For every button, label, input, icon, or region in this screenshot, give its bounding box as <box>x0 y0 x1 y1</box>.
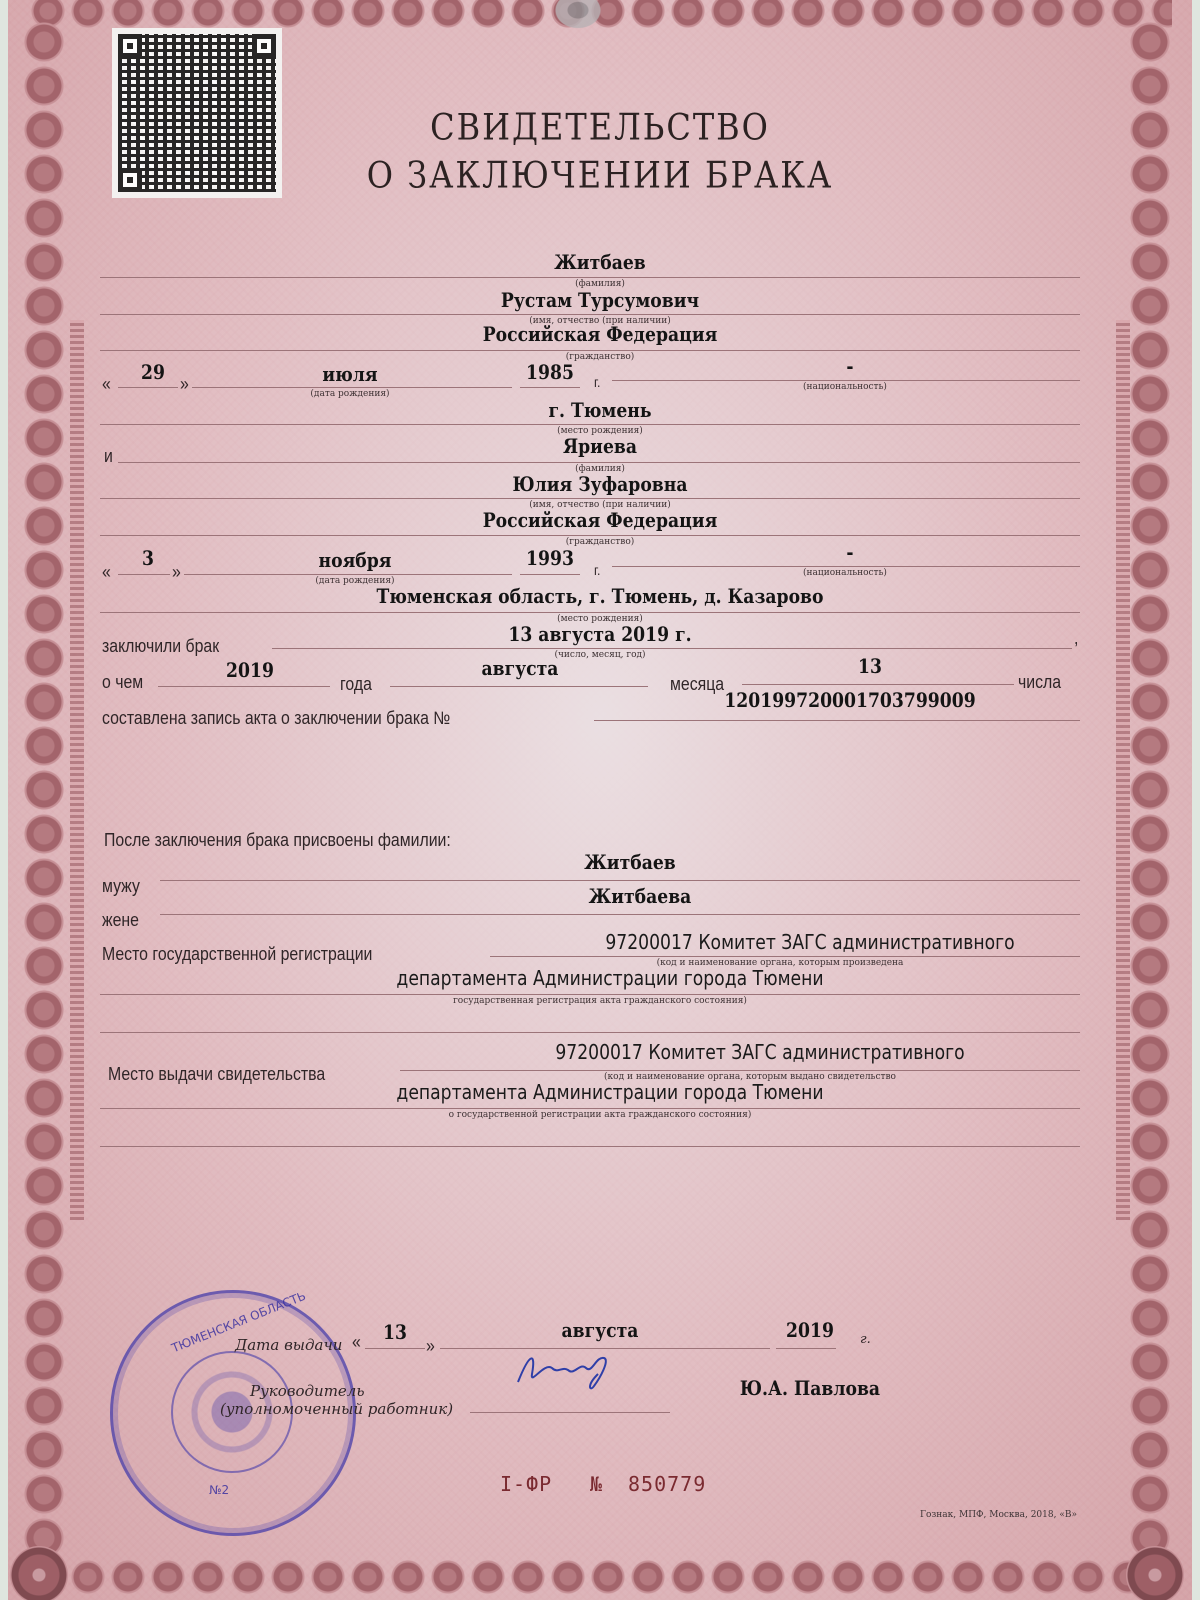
husband-surname: Житбаев <box>544 850 716 874</box>
issue-place-line2: департамента Администрации города Тюмени <box>335 1080 885 1104</box>
issue-month: августа <box>531 1318 669 1342</box>
document-title: СВИДЕТЕЛЬСТВО <box>300 105 900 149</box>
divider <box>390 686 648 687</box>
bride-birthplace: Тюменская область, г. Тюмень, д. Казаров… <box>325 584 875 608</box>
divider <box>612 566 1080 567</box>
husband-label: мужу <box>102 876 140 897</box>
document-subtitle: О ЗАКЛЮЧЕНИИ БРАКА <box>270 153 930 197</box>
groom-birth-day: 29 <box>123 360 183 384</box>
corner-rosette-icon <box>10 1546 68 1600</box>
record-day: 13 <box>836 654 905 678</box>
divider <box>192 387 512 388</box>
printer-imprint: Гознак, МПФ, Москва, 2018, «В» <box>920 1510 1077 1520</box>
bride-birth-month: ноября <box>286 548 424 572</box>
bride-surname: Яриева <box>462 434 737 458</box>
groom-name: Рустам Турсумович <box>411 288 789 312</box>
divider <box>520 574 580 575</box>
bride-birth-day: 3 <box>122 546 174 570</box>
marriage-label: заключили брак <box>102 636 219 657</box>
groom-birth-month: июля <box>290 362 410 386</box>
divider <box>100 277 1080 278</box>
divider <box>520 387 580 388</box>
divider <box>470 1412 670 1413</box>
corner-rosette-icon <box>1126 1546 1184 1600</box>
issue-date-label: Дата выдачи <box>235 1336 342 1354</box>
year-label: года <box>340 674 372 695</box>
qr-code <box>112 28 282 198</box>
divider <box>100 535 1080 536</box>
signature <box>510 1346 620 1396</box>
divider <box>612 380 1080 381</box>
divider <box>100 1146 1080 1147</box>
divider <box>160 914 1080 915</box>
decorative-border-bottom <box>28 1560 1172 1594</box>
decorative-border-left <box>22 20 66 1560</box>
bride-name: Юлия Зуфаровна <box>411 472 789 496</box>
surnames-heading: После заключения брака присвоены фамилии… <box>104 830 451 851</box>
decorative-strip-left <box>70 320 84 1220</box>
decorative-border-right <box>1128 20 1172 1560</box>
groom-surname: Житбаев <box>462 250 737 274</box>
divider <box>100 612 1080 613</box>
record-month: августа <box>451 656 589 680</box>
divider <box>490 956 1080 957</box>
bride-nationality: - <box>833 540 867 564</box>
issue-year-suffix: г. <box>860 1332 871 1347</box>
act-number: 120199720001703799009 <box>669 688 1030 712</box>
coat-of-arms-icon <box>548 0 608 34</box>
hint: о государственной регистрации акта гражд… <box>410 1110 790 1120</box>
divider <box>118 387 178 388</box>
hint: (национальность) <box>790 568 900 578</box>
divider <box>100 498 1080 499</box>
divider <box>100 350 1080 351</box>
wife-surname: Житбаева <box>545 884 734 908</box>
marriage-date: 13 августа 2019 г. <box>462 622 737 646</box>
divider <box>100 994 1080 995</box>
divider <box>100 314 1080 315</box>
record-year: 2019 <box>207 658 293 682</box>
groom-birthplace: г. Тюмень <box>462 398 737 422</box>
act-label: составлена запись акта о заключении брак… <box>102 708 450 729</box>
issue-day: 13 <box>365 1320 425 1344</box>
divider <box>158 686 330 687</box>
issue-place-label: Место выдачи свидетельства <box>108 1064 325 1085</box>
hint: государственная регистрация акта граждан… <box>420 996 780 1006</box>
groom-nationality: - <box>833 354 867 378</box>
hint: (дата рождения) <box>295 389 405 399</box>
head-label-sub: (уполномоченный работник) <box>220 1400 453 1418</box>
stamp-number: №2 <box>209 1483 229 1497</box>
decorative-strip-right <box>1116 320 1130 1220</box>
hint: (национальность) <box>790 382 900 392</box>
groom-birth-year: 1985 <box>516 360 585 384</box>
divider <box>272 648 1072 649</box>
bride-birth-year: 1993 <box>516 546 585 570</box>
divider <box>100 424 1080 425</box>
and-label: и <box>104 446 113 467</box>
registration-label: Место государственной регистрации <box>102 944 372 965</box>
head-name: Ю.А. Павлова <box>733 1376 888 1400</box>
divider <box>365 1348 425 1349</box>
serial-number: 850779 <box>628 1472 706 1496</box>
divider <box>118 462 1080 463</box>
registration-line1: 97200017 Комитет ЗАГС административного <box>569 930 1051 954</box>
head-label: Руководитель <box>250 1382 365 1400</box>
divider <box>776 1348 836 1349</box>
divider <box>100 1108 1080 1109</box>
divider <box>118 574 170 575</box>
issue-place-line1: 97200017 Комитет ЗАГС административного <box>519 1040 1001 1064</box>
divider <box>400 1070 1080 1071</box>
issue-year: 2019 <box>776 1318 845 1342</box>
record-prefix: о чем <box>102 672 143 693</box>
divider <box>594 720 1080 721</box>
serial-series: I-ФР <box>500 1472 552 1496</box>
wife-label: жене <box>102 910 139 931</box>
serial-no-sign: № <box>590 1472 603 1496</box>
divider <box>100 1032 1080 1033</box>
divider <box>160 880 1080 881</box>
registration-line2: департамента Администрации города Тюмени <box>335 966 885 990</box>
bride-citizenship: Российская Федерация <box>411 508 789 532</box>
groom-citizenship: Российская Федерация <box>411 322 789 346</box>
divider <box>184 574 512 575</box>
divider <box>742 684 1014 685</box>
